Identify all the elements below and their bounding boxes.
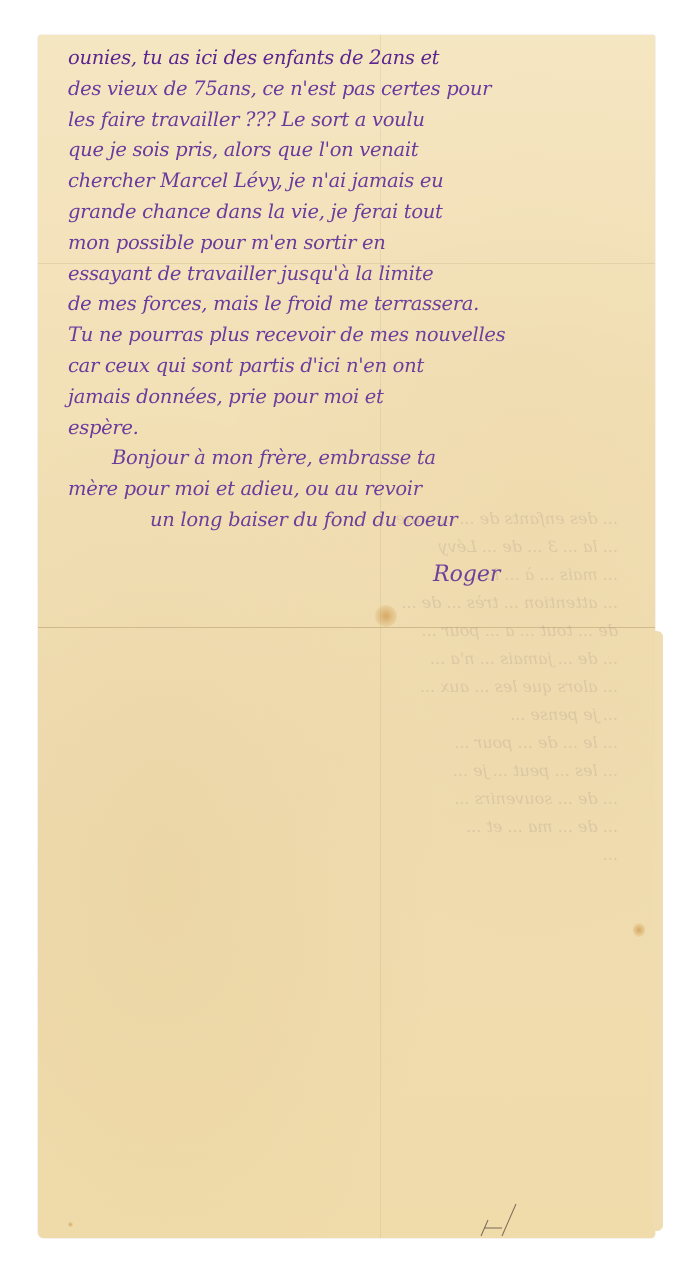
letter-line: de mes forces, mais le froid me terrasse… [68, 289, 638, 320]
letter-line: car ceux qui sont partis d'ici n'en ont [68, 351, 638, 382]
stain-spot [633, 923, 645, 937]
bleed-through-text: ... des enfants de ... comme ... ... la … [78, 505, 618, 869]
letter-page: ... des enfants de ... comme ... ... la … [38, 35, 655, 1238]
letter-line: ounies, tu as ici des enfants de 2ans et [68, 43, 638, 74]
pencil-annotation-mark [478, 1200, 538, 1240]
signature: Roger [433, 562, 500, 587]
closing-line: Bonjour à mon frère, embrasse ta [68, 443, 638, 474]
letter-line: mon possible pour m'en sortir en [68, 228, 638, 259]
letter-line: des vieux de 75ans, ce n'est pas certes … [68, 74, 638, 105]
letter-line: Tu ne pourras plus recevoir de mes nouve… [68, 320, 638, 351]
letter-line: espère. [68, 413, 638, 444]
torn-edge [653, 631, 663, 1231]
letter-line: jamais données, prie pour moi et [68, 382, 638, 413]
letter-line: chercher Marcel Lévy, je n'ai jamais eu [68, 166, 638, 197]
closing-line: un long baiser du fond du coeur [68, 505, 638, 536]
letter-line: les faire travailler ??? Le sort a voulu [68, 105, 638, 136]
letter-line: que je sois pris, alors que l'on venait [68, 135, 638, 166]
letter-line: grande chance dans la vie, je ferai tout [68, 197, 638, 228]
closing-line: mère pour moi et adieu, ou au revoir [68, 474, 638, 505]
letter-body: ounies, tu as ici des enfants de 2ans et… [68, 43, 638, 536]
letter-line: essayant de travailler jusqu'à la limite [68, 259, 638, 290]
stain-spot [68, 1222, 73, 1227]
